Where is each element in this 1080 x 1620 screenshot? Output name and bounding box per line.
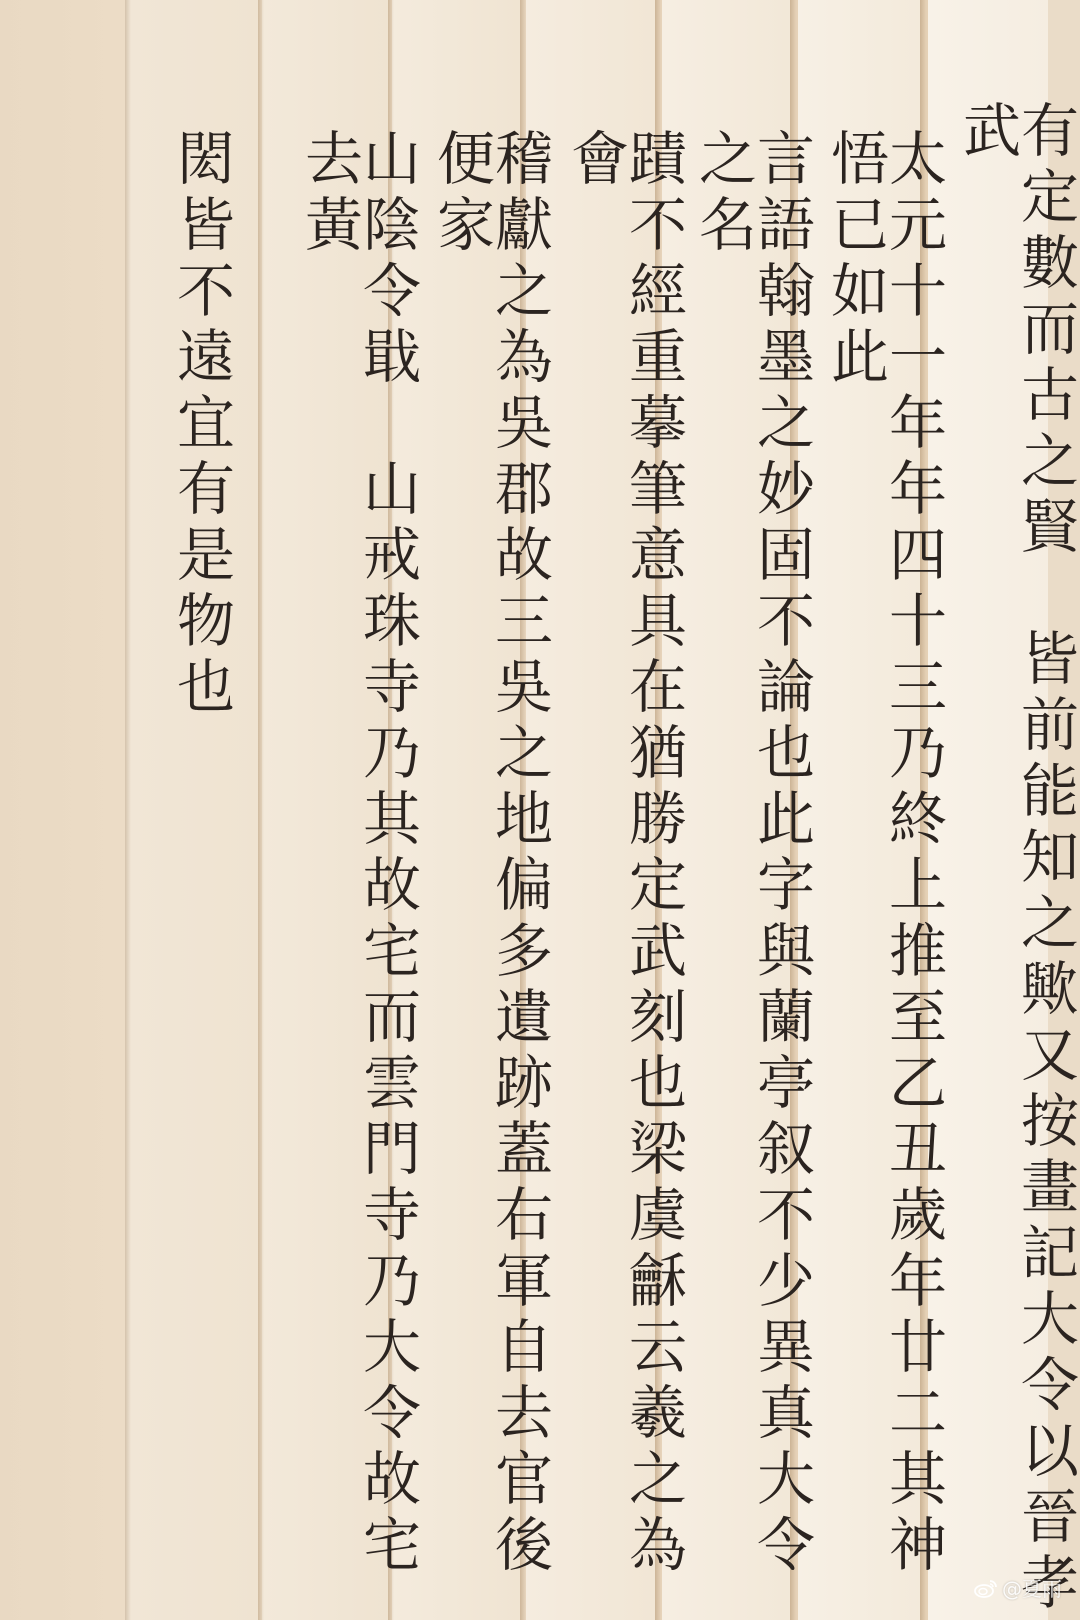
fold-line xyxy=(258,0,264,1620)
calligraphy-column-6: 山陰令戢 山戒珠寺乃其故宅而雲門寺乃大令故宅去黃 xyxy=(300,128,416,1620)
calligraphy-column-5: 稽獻之為吳郡故三吳之地偏多遺跡蓋右軍自去官後便家 xyxy=(432,128,548,1620)
calligraphy-column-1: 有定數而古之賢 皆前能知之歟又按畫記大令以晉孝武 xyxy=(958,100,1074,1620)
calligraphy-column-4: 蹟不經重摹筆意具在猶勝定武刻也梁虞龢云羲之為會 xyxy=(566,128,682,1620)
weibo-icon xyxy=(974,1578,998,1598)
calligraphy-column-7: 閎皆不遠宜有是物也 xyxy=(172,128,230,722)
fold-line xyxy=(125,0,131,1620)
calligraphy-column-2: 太元十一年年四十三乃終上推至乙丑歲年廿二其神悟已如此 xyxy=(826,128,942,1620)
calligraphy-column-3: 言語翰墨之妙固不論也此字與蘭亭叙不少異真大令之名 xyxy=(694,128,810,1620)
watermark: @夏雨 xyxy=(974,1573,1062,1602)
watermark-text: @夏雨 xyxy=(1002,1573,1062,1602)
